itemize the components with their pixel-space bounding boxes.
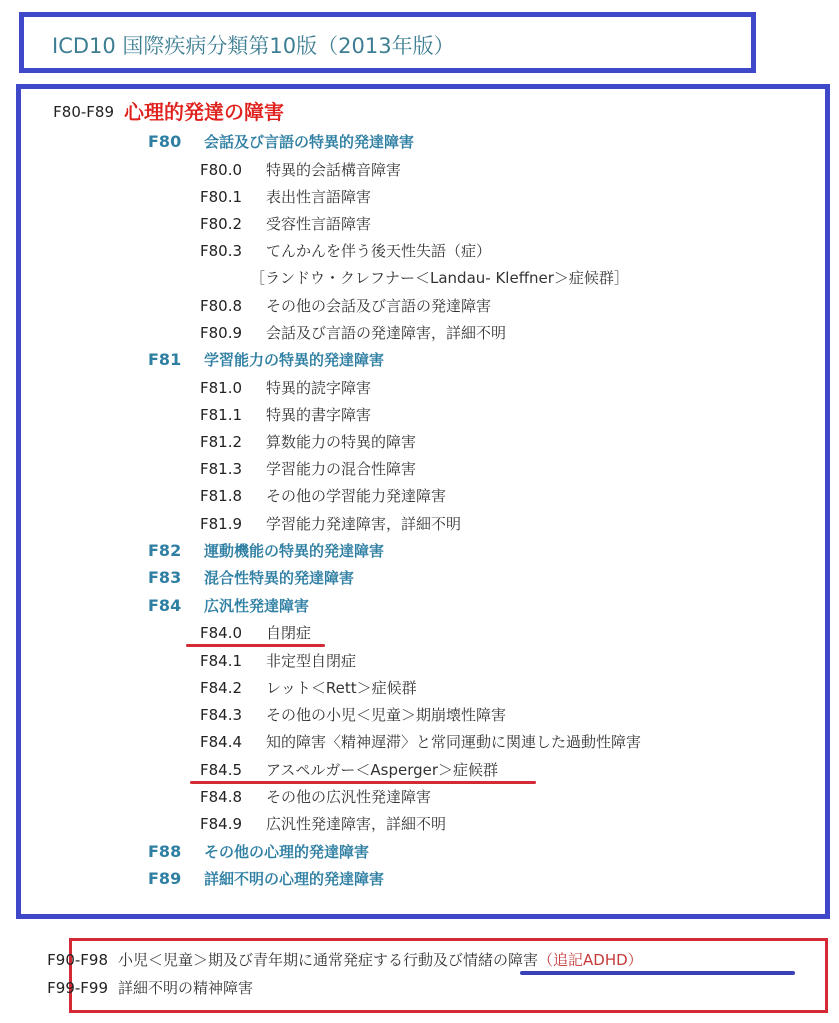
highlight-underline: [186, 644, 325, 647]
document-title: ICD10 国際疾病分類第10版（2013年版）: [52, 30, 455, 60]
list-item-note: ［ランドウ・クレフナー＜Landau- Kleffner＞症候群］: [250, 268, 629, 288]
category-row: F89詳細不明の心理的発達障害: [148, 869, 384, 889]
list-item: F81.8その他の学習能力発達障害: [200, 486, 446, 506]
list-item: F80.0特異的会話構音障害: [200, 160, 401, 180]
emphasis-underline: [520, 971, 795, 975]
category-row: F84広汎性発達障害: [148, 596, 309, 616]
category-row: F83混合性特異的発達障害: [148, 568, 354, 588]
list-item: F81.1特異的書字障害: [200, 405, 371, 425]
related-row: F90-F98小児＜児童＞期及び青年期に通常発症する行動及び情緒の障害（追記AD…: [36, 950, 643, 970]
list-item: F80.1表出性言語障害: [200, 187, 371, 207]
list-item: F84.9広汎性発達障害，詳細不明: [200, 814, 446, 834]
list-item: F81.2算数能力の特異的障害: [200, 432, 416, 452]
title-box: ICD10 国際疾病分類第10版（2013年版）: [19, 12, 756, 73]
emphasized-text: 行動及び情緒の障害: [403, 951, 538, 969]
category-row: F82運動機能の特異的発達障害: [148, 541, 384, 561]
list-item: F84.2レット＜Rett＞症候群: [200, 678, 417, 698]
list-item: F84.1非定型自閉症: [200, 651, 356, 671]
list-item: F80.9会話及び言語の発達障害，詳細不明: [200, 323, 506, 343]
adhd-note: （追記ADHD）: [538, 951, 643, 969]
category-label: 学習能力の特異的発達障害: [204, 350, 384, 370]
list-item: F81.3学習能力の混合性障害: [200, 459, 416, 479]
list-item: F81.9学習能力発達障害，詳細不明: [200, 514, 461, 534]
group-heading: F80-F89心理的発達の障害: [22, 102, 284, 122]
list-item: F84.3その他の小児＜児童＞期崩壊性障害: [200, 705, 506, 725]
category-code: F80: [148, 132, 198, 152]
category-label: 会話及び言語の特異的発達障害: [204, 132, 414, 152]
list-item: F80.2受容性言語障害: [200, 214, 371, 234]
related-row: F99-F99詳細不明の精神障害: [36, 978, 253, 998]
list-item: F81.0特異的読字障害: [200, 378, 371, 398]
list-item: F84.8その他の広汎性発達障害: [200, 787, 431, 807]
highlight-underline: [190, 781, 536, 784]
category-row: F80会話及び言語の特異的発達障害: [148, 132, 414, 152]
list-item: F80.3てんかんを伴う後天性失語（症）: [200, 241, 491, 261]
group-title: 心理的発達の障害: [124, 102, 284, 122]
category-row: F88その他の心理的発達障害: [148, 842, 369, 862]
group-code: F80-F89: [22, 102, 114, 122]
list-item-highlighted: F84.0自閉症: [200, 623, 311, 643]
category-code: F81: [148, 350, 198, 370]
list-item-highlighted: F84.5アスペルガー＜Asperger＞症候群: [200, 760, 498, 780]
category-row: F81学習能力の特異的発達障害: [148, 350, 384, 370]
list-item: F84.4知的障害〈精神遅滞〉と常同運動に関連した過動性障害: [200, 732, 641, 752]
list-item: F80.8その他の会話及び言語の発達障害: [200, 296, 491, 316]
